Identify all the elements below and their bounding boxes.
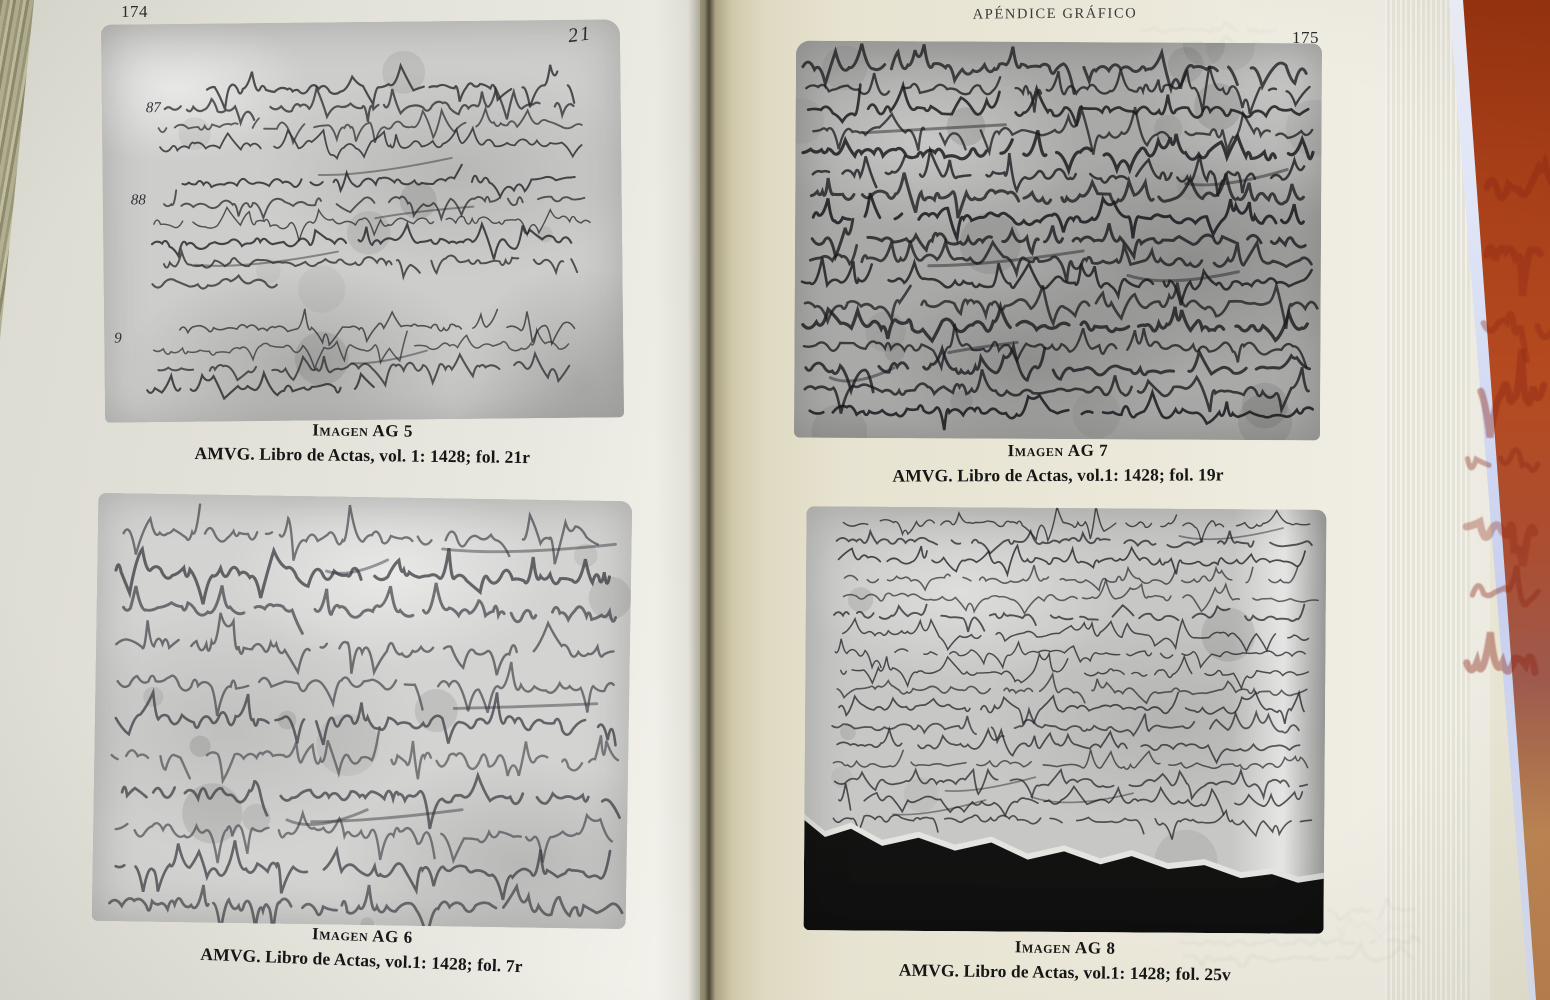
manuscript-handwriting: [794, 41, 1322, 441]
caption-ag7: Imagen AG 7 AMVG. Libro de Actas, vol.1:…: [795, 440, 1321, 487]
folio-mark: 21: [567, 22, 594, 48]
page-number-left: 174: [121, 2, 148, 22]
manuscript-photo-ag7: [794, 41, 1322, 441]
manuscript-photo-ag6: [92, 493, 633, 929]
margin-number: 88: [131, 192, 146, 209]
margin-number: 9: [114, 331, 122, 348]
open-book-photo: 174 APÉNDICE GRÁFICO 175 21 87 88 9 Imag…: [0, 0, 1550, 1000]
manuscript-handwriting: [101, 19, 624, 422]
caption-ag8: Imagen AG 8 AMVG. Libro de Actas, vol.1:…: [805, 934, 1326, 986]
margin-number: 87: [146, 100, 161, 117]
manuscript-photo-ag5: 21 87 88 9: [101, 19, 624, 422]
caption-ag5: Imagen AG 5 AMVG. Libro de Actas, vol. 1…: [103, 418, 623, 469]
manuscript-handwriting: [92, 493, 633, 929]
caption-title: Imagen AG 7: [795, 440, 1321, 462]
caption-source: AMVG. Libro de Actas, vol.1: 1428; fol. …: [795, 464, 1321, 487]
manuscript-photo-ag8: [804, 506, 1327, 934]
